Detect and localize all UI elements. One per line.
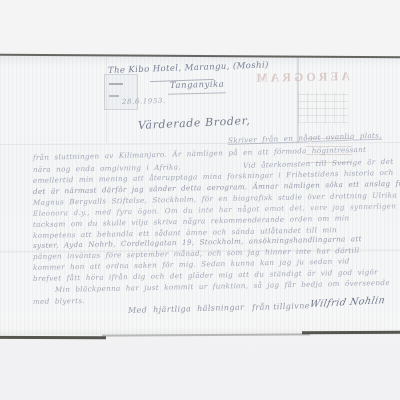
mirrored-aerogram-imprint: AEROGRAM	[246, 69, 350, 86]
address-grid-showthrough	[298, 92, 348, 123]
stamp-mark	[109, 95, 119, 97]
paper-bottom-edge-mid	[102, 333, 310, 336]
paper-bottom-edge-left	[0, 336, 106, 339]
paper-bottom-edge-right	[302, 331, 400, 334]
body-line: med blyerts.	[33, 296, 85, 306]
stamp-mark	[109, 83, 123, 85]
letter-date: 28.6.1953.	[122, 97, 166, 106]
letter-photo: AEROGRAM The Kibo Hotel, Marangu, (Moshi…	[0, 0, 400, 400]
letterhead-region: Tanganyika	[170, 80, 225, 91]
closing-phrase: från tillgivne	[252, 301, 310, 312]
